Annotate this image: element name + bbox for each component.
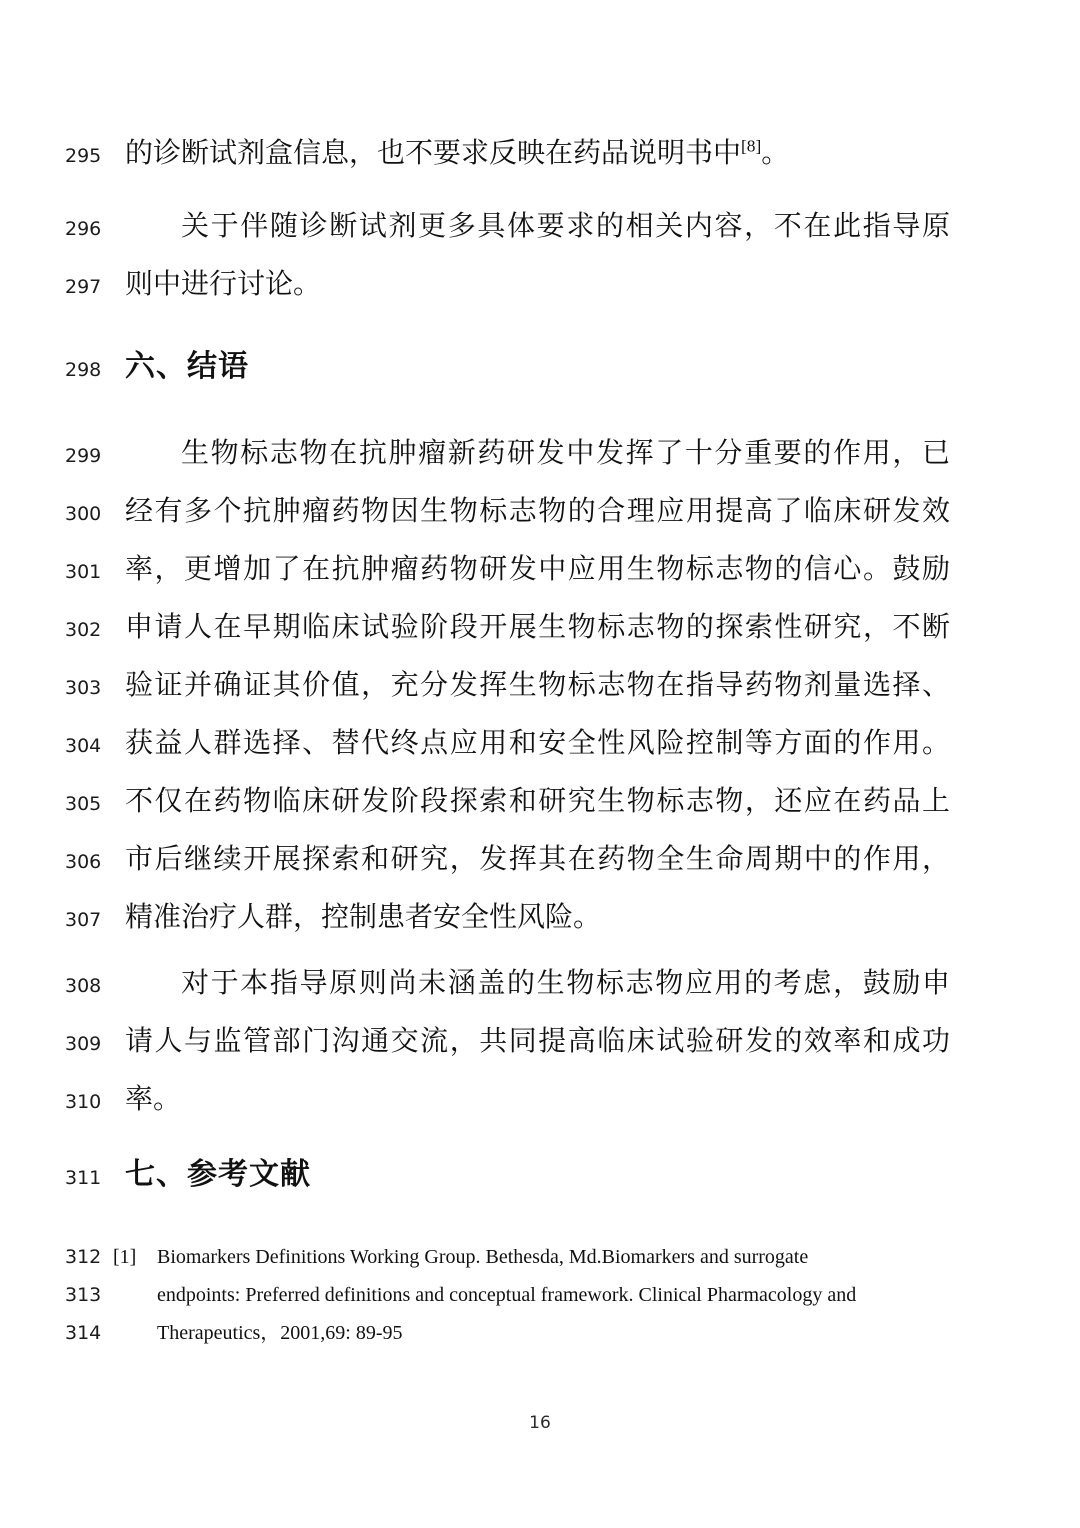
line-number: 301	[65, 543, 125, 601]
line-text: 则中进行讨论。	[125, 256, 950, 314]
line-number: 312	[65, 1238, 113, 1276]
block-a: 295的诊断试剂盒信息，也不要求反映在药品说明书中[8]。	[65, 125, 950, 183]
block-b: 296关于伴随诊断试剂更多具体要求的相关内容，不在此指导原297则中进行讨论。	[65, 198, 950, 314]
text-segment: 关于伴随诊断试剂更多具体要求的相关内容，不在此指导原	[181, 211, 950, 242]
line-number: 298	[65, 340, 125, 400]
line-number: 307	[65, 891, 125, 949]
text-segment: 申请人在早期临床试验阶段开展生物标志物的探索性研究，不断	[125, 612, 950, 643]
line-305: 305不仅在药物临床研发阶段探索和研究生物标志物，还应在药品上	[65, 773, 950, 831]
line-text: 获益人群选择、替代终点应用和安全性风险控制等方面的作用。	[125, 715, 950, 773]
line-text: 申请人在早期临床试验阶段开展生物标志物的探索性研究，不断	[125, 599, 950, 657]
text-segment: 获益人群选择、替代终点应用和安全性风险控制等方面的作用。	[125, 728, 950, 759]
line-306: 306市后继续开展探索和研究，发挥其在药物全生命周期中的作用，	[65, 831, 950, 889]
line-number: 314	[65, 1314, 113, 1352]
text-segment: 不仅在药物临床研发阶段探索和研究生物标志物，还应在药品上	[125, 786, 950, 817]
line-text: 对于本指导原则尚未涵盖的生物标志物应用的考虑，鼓励申	[125, 955, 950, 1013]
line-text: 的诊断试剂盒信息，也不要求反映在药品说明书中[8]。	[125, 125, 950, 183]
line-304: 304获益人群选择、替代终点应用和安全性风险控制等方面的作用。	[65, 715, 950, 773]
line-text: [1]Biomarkers Definitions Working Group.…	[113, 1238, 950, 1276]
document-page: 295的诊断试剂盒信息，也不要求反映在药品说明书中[8]。296关于伴随诊断试剂…	[0, 0, 1080, 1528]
text-segment: 。	[761, 138, 789, 169]
line-text: 七、参考文献	[125, 1145, 950, 1205]
line-text: 经有多个抗肿瘤药物因生物标志物的合理应用提高了临床研发效	[125, 483, 950, 541]
line-number: 297	[65, 258, 125, 316]
text-segment: 率。	[125, 1084, 181, 1115]
block-d: 308对于本指导原则尚未涵盖的生物标志物应用的考虑，鼓励申309请人与监管部门沟…	[65, 955, 950, 1129]
footnote-reference: [8]	[741, 137, 761, 156]
line-301: 301率，更增加了在抗肿瘤药物研发中应用生物标志物的信心。鼓励	[65, 541, 950, 599]
line-number: 313	[65, 1276, 113, 1314]
line-number: 305	[65, 775, 125, 833]
line-number: 304	[65, 717, 125, 775]
line-307: 307精准治疗人群，控制患者安全性风险。	[65, 889, 950, 947]
line-308: 308对于本指导原则尚未涵盖的生物标志物应用的考虑，鼓励申	[65, 955, 950, 1013]
line-number: 303	[65, 659, 125, 717]
line-297: 297则中进行讨论。	[65, 256, 950, 314]
document-body: 295的诊断试剂盒信息，也不要求反映在药品说明书中[8]。296关于伴随诊断试剂…	[65, 125, 950, 1352]
line-text: 率。	[125, 1071, 950, 1129]
line-number: 296	[65, 200, 125, 258]
text-segment: 请人与监管部门沟通交流，共同提高临床试验研发的效率和成功	[125, 1026, 950, 1057]
text-segment: 率，更增加了在抗肿瘤药物研发中应用生物标志物的信心。鼓励	[125, 554, 950, 585]
line-text: 不仅在药物临床研发阶段探索和研究生物标志物，还应在药品上	[125, 773, 950, 831]
text-segment: endpoints: Preferred definitions and con…	[157, 1284, 856, 1306]
text-segment: 的诊断试剂盒信息，也不要求反映在药品说明书中	[125, 138, 741, 169]
line-299: 299生物标志物在抗肿瘤新药研发中发挥了十分重要的作用，已	[65, 425, 950, 483]
line-300: 300经有多个抗肿瘤药物因生物标志物的合理应用提高了临床研发效	[65, 483, 950, 541]
text-segment: Biomarkers Definitions Working Group. Be…	[157, 1246, 808, 1268]
block-h1: 298六、结语	[65, 337, 950, 397]
line-number: 309	[65, 1015, 125, 1073]
line-298: 298六、结语	[65, 337, 950, 397]
line-number: 306	[65, 833, 125, 891]
line-314: 314Therapeutics，2001,69: 89-95	[65, 1314, 950, 1352]
line-number: 299	[65, 427, 125, 485]
line-text: 生物标志物在抗肿瘤新药研发中发挥了十分重要的作用，已	[125, 425, 950, 483]
line-311: 311七、参考文献	[65, 1145, 950, 1205]
text-segment: 经有多个抗肿瘤药物因生物标志物的合理应用提高了临床研发效	[125, 496, 950, 527]
block-refs: 312[1]Biomarkers Definitions Working Gro…	[65, 1238, 950, 1352]
line-303: 303验证并确证其价值，充分发挥生物标志物在指导药物剂量选择、	[65, 657, 950, 715]
line-313: 313endpoints: Preferred definitions and …	[65, 1276, 950, 1314]
line-text: 验证并确证其价值，充分发挥生物标志物在指导药物剂量选择、	[125, 657, 950, 715]
text-segment: 生物标志物在抗肿瘤新药研发中发挥了十分重要的作用，已	[181, 438, 950, 469]
line-312: 312[1]Biomarkers Definitions Working Gro…	[65, 1238, 950, 1276]
text-segment: 对于本指导原则尚未涵盖的生物标志物应用的考虑，鼓励申	[181, 968, 950, 999]
line-number: 311	[65, 1148, 125, 1208]
text-segment: 七、参考文献	[125, 1158, 311, 1191]
line-text: 六、结语	[125, 337, 950, 397]
line-296: 296关于伴随诊断试剂更多具体要求的相关内容，不在此指导原	[65, 198, 950, 256]
text-segment: 六、结语	[125, 350, 249, 383]
text-segment: 则中进行讨论。	[125, 269, 321, 300]
line-text: 率，更增加了在抗肿瘤药物研发中应用生物标志物的信心。鼓励	[125, 541, 950, 599]
line-295: 295的诊断试剂盒信息，也不要求反映在药品说明书中[8]。	[65, 125, 950, 183]
block-h2: 311七、参考文献	[65, 1145, 950, 1205]
line-text: endpoints: Preferred definitions and con…	[113, 1276, 950, 1314]
block-c: 299生物标志物在抗肿瘤新药研发中发挥了十分重要的作用，已300经有多个抗肿瘤药…	[65, 425, 950, 947]
line-number: 295	[65, 127, 125, 185]
line-number: 310	[65, 1073, 125, 1131]
line-text: 精准治疗人群，控制患者安全性风险。	[125, 889, 950, 947]
text-segment: 验证并确证其价值，充分发挥生物标志物在指导药物剂量选择、	[125, 670, 950, 701]
line-number: 308	[65, 957, 125, 1015]
line-text: 市后继续开展探索和研究，发挥其在药物全生命周期中的作用，	[125, 831, 950, 889]
text-segment: 市后继续开展探索和研究，发挥其在药物全生命周期中的作用，	[125, 844, 950, 875]
line-number: 302	[65, 601, 125, 659]
line-302: 302申请人在早期临床试验阶段开展生物标志物的探索性研究，不断	[65, 599, 950, 657]
line-text: Therapeutics，2001,69: 89-95	[113, 1314, 950, 1352]
line-text: 关于伴随诊断试剂更多具体要求的相关内容，不在此指导原	[125, 198, 950, 256]
page-number: 16	[0, 1411, 1080, 1435]
line-309: 309请人与监管部门沟通交流，共同提高临床试验研发的效率和成功	[65, 1013, 950, 1071]
line-number: 300	[65, 485, 125, 543]
reference-marker: [1]	[113, 1238, 157, 1276]
line-text: 请人与监管部门沟通交流，共同提高临床试验研发的效率和成功	[125, 1013, 950, 1071]
text-segment: 精准治疗人群，控制患者安全性风险。	[125, 902, 601, 933]
line-310: 310率。	[65, 1071, 950, 1129]
text-segment: Therapeutics，2001,69: 89-95	[157, 1322, 403, 1344]
